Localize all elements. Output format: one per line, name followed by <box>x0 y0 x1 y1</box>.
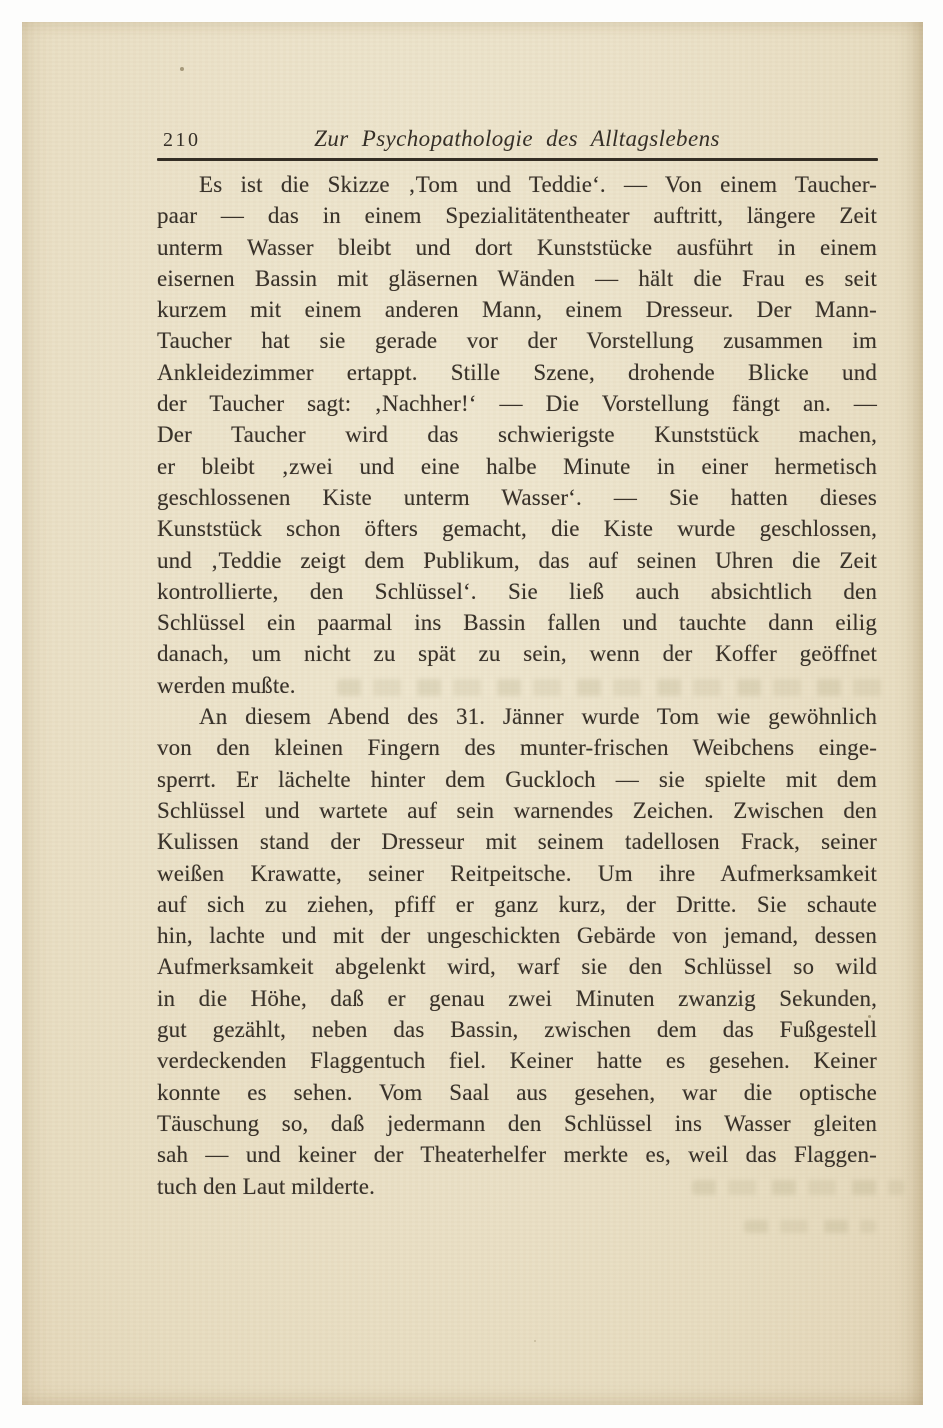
text-line: kurzem mit einem anderen Mann, einem Dre… <box>157 294 877 325</box>
text-line: Ankleidezimmer ertappt. Stille Szene, dr… <box>157 357 877 388</box>
text-line: An diesem Abend des 31. Jänner wurde Tom… <box>157 701 877 732</box>
show-through-ghost <box>692 1180 904 1195</box>
text-line: Kunststück schon öfters gemacht, die Kis… <box>157 513 877 544</box>
page-number: 210 <box>163 129 201 152</box>
text-line: unterm Wasser bleibt und dort Kunststück… <box>157 232 877 263</box>
paper-speck <box>180 67 184 71</box>
text-line: in die Höhe, daß er genau zwei Minuten z… <box>157 983 877 1014</box>
text-line: paar — das in einem Spezialitätentheater… <box>157 200 877 231</box>
text-line: gut gezählt, neben das Bassin, zwischen … <box>157 1014 877 1045</box>
text-line: verdeckenden Flaggentuch fiel. Keiner ha… <box>157 1045 877 1076</box>
text-line: Schlüssel ein paarmal ins Bassin fallen … <box>157 607 877 638</box>
text-line: Taucher hat sie gerade vor der Vorstellu… <box>157 325 877 356</box>
text-line: Schlüssel und wartete auf sein warnendes… <box>157 795 877 826</box>
paper-speck <box>868 1015 871 1018</box>
text-line: er bleibt ‚zwei und eine halbe Minute in… <box>157 451 877 482</box>
text-line: Kulissen stand der Dresseur mit seinem t… <box>157 826 877 857</box>
text-line: sah — und keiner der Theaterhelfer merkt… <box>157 1139 877 1170</box>
running-head: 210 Zur Psychopathologie des Alltagslebe… <box>157 126 877 154</box>
text-line: weißen Krawatte, seiner Reitpeitsche. Um… <box>157 858 877 889</box>
text-line: hin, lachte und mit der ungeschickten Ge… <box>157 920 877 951</box>
text-line: geschlossenen Kiste unterm Wasser‘. — Si… <box>157 482 877 513</box>
text-line: sperrt. Er lächelte hinter dem Guckloch … <box>157 764 877 795</box>
show-through-ghost <box>337 679 885 696</box>
text-line: Der Taucher wird das schwierigste Kunsts… <box>157 419 877 450</box>
header-rule <box>157 158 878 161</box>
text-line: eisernen Bassin mit gläsernen Wänden — h… <box>157 263 877 294</box>
running-title: Zur Psychopathologie des Alltagslebens <box>157 126 877 152</box>
text-line: auf sich zu ziehen, pfiff er ganz kurz, … <box>157 889 877 920</box>
text-line: und ‚Teddie zeigt dem Publikum, das auf … <box>157 545 877 576</box>
text-line: konnte es sehen. Vom Saal aus gesehen, w… <box>157 1077 877 1108</box>
paper-speck <box>534 1340 536 1342</box>
text-line: Aufmerksamkeit abgelenkt wird, warf sie … <box>157 951 877 982</box>
text-line: kontrollierte, den Schlüssel‘. Sie ließ … <box>157 576 877 607</box>
text-line: der Taucher sagt: ‚Nachher!‘ — Die Vorst… <box>157 388 877 419</box>
show-through-ghost <box>744 1220 876 1233</box>
text-line: Täuschung so, daß jedermann den Schlüsse… <box>157 1108 877 1139</box>
scanned-page: 210 Zur Psychopathologie des Alltagslebe… <box>22 22 923 1405</box>
paragraph: An diesem Abend des 31. Jänner wurde Tom… <box>157 701 877 1202</box>
text-line: Es ist die Skizze ‚Tom und Teddie‘. — Vo… <box>157 169 877 200</box>
paragraph: Es ist die Skizze ‚Tom und Teddie‘. — Vo… <box>157 169 877 701</box>
text-line: von den kleinen Fingern des munter-frisc… <box>157 732 877 763</box>
text-line: danach, um nicht zu spät zu sein, wenn d… <box>157 638 877 669</box>
